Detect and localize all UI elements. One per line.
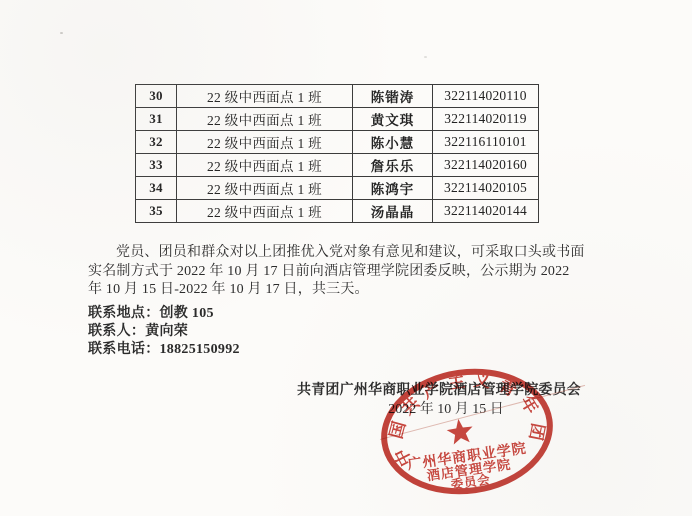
- cell-row-number: 34: [136, 177, 177, 200]
- table-row: 33 22 级中西面点 1 班 詹乐乐 322114020160: [136, 154, 539, 177]
- cell-student-name: 陈小慧: [353, 131, 433, 154]
- cell-class-name: 22 级中西面点 1 班: [177, 131, 353, 154]
- scanned-document-page: 30 22 级中西面点 1 班 陈锴涛 322114020110 31 22 级…: [0, 0, 692, 516]
- notice-line: 实名制方式于 2022 年 10 月 17 日前向酒店管理学院团委反映，公示期为…: [88, 263, 592, 282]
- cell-student-id: 322114020144: [433, 200, 539, 223]
- contact-person: 联系人：黄向荣: [88, 323, 240, 341]
- cell-student-name: 黄文琪: [353, 108, 433, 131]
- notice-line: 年 10 月 15 日-2022 年 10 月 17 日，共三天。: [88, 281, 592, 300]
- scan-speck: [424, 56, 427, 58]
- table-row: 34 22 级中西面点 1 班 陈鸿宇 322114020105: [136, 177, 539, 200]
- cell-student-name: 詹乐乐: [353, 154, 433, 177]
- cell-class-name: 22 级中西面点 1 班: [177, 154, 353, 177]
- notice-line: 党员、团员和群众对以上团推优入党对象有意见和建议，可采取口头或书面: [88, 244, 592, 263]
- official-seal: 中国共产主义青年团 广州华商职业学院 酒店管理学院 委员会: [381, 368, 553, 495]
- cell-student-id: 322114020160: [433, 154, 539, 177]
- cell-row-number: 32: [136, 131, 177, 154]
- cell-class-name: 22 级中西面点 1 班: [177, 108, 353, 131]
- table-row: 31 22 级中西面点 1 班 黄文琪 322114020119: [136, 108, 539, 131]
- cell-student-id: 322114020110: [433, 85, 539, 108]
- table-row: 30 22 级中西面点 1 班 陈锴涛 322114020110: [136, 85, 539, 108]
- cell-class-name: 22 级中西面点 1 班: [177, 177, 353, 200]
- contact-phone: 联系电话：18825150992: [88, 341, 240, 359]
- roster-table: 30 22 级中西面点 1 班 陈锴涛 322114020110 31 22 级…: [135, 84, 539, 223]
- cell-row-number: 35: [136, 200, 177, 223]
- cell-row-number: 30: [136, 85, 177, 108]
- cell-class-name: 22 级中西面点 1 班: [177, 200, 353, 223]
- table-row: 32 22 级中西面点 1 班 陈小慧 322116110101: [136, 131, 539, 154]
- table-row: 35 22 级中西面点 1 班 汤晶晶 322114020144: [136, 200, 539, 223]
- star-icon: [445, 417, 474, 445]
- cell-student-name: 陈鸿宇: [353, 177, 433, 200]
- contact-info: 联系地点：创教 105 联系人：黄向荣 联系电话：18825150992: [88, 305, 240, 360]
- cell-row-number: 33: [136, 154, 177, 177]
- scan-speck: [60, 32, 63, 34]
- notice-paragraph: 党员、团员和群众对以上团推优入党对象有意见和建议，可采取口头或书面 实名制方式于…: [88, 244, 592, 300]
- cell-student-id: 322116110101: [433, 131, 539, 154]
- cell-row-number: 31: [136, 108, 177, 131]
- contact-address: 联系地点：创教 105: [88, 305, 240, 323]
- cell-student-id: 322114020105: [433, 177, 539, 200]
- cell-student-name: 陈锴涛: [353, 85, 433, 108]
- cell-student-name: 汤晶晶: [353, 200, 433, 223]
- cell-class-name: 22 级中西面点 1 班: [177, 85, 353, 108]
- cell-student-id: 322114020119: [433, 108, 539, 131]
